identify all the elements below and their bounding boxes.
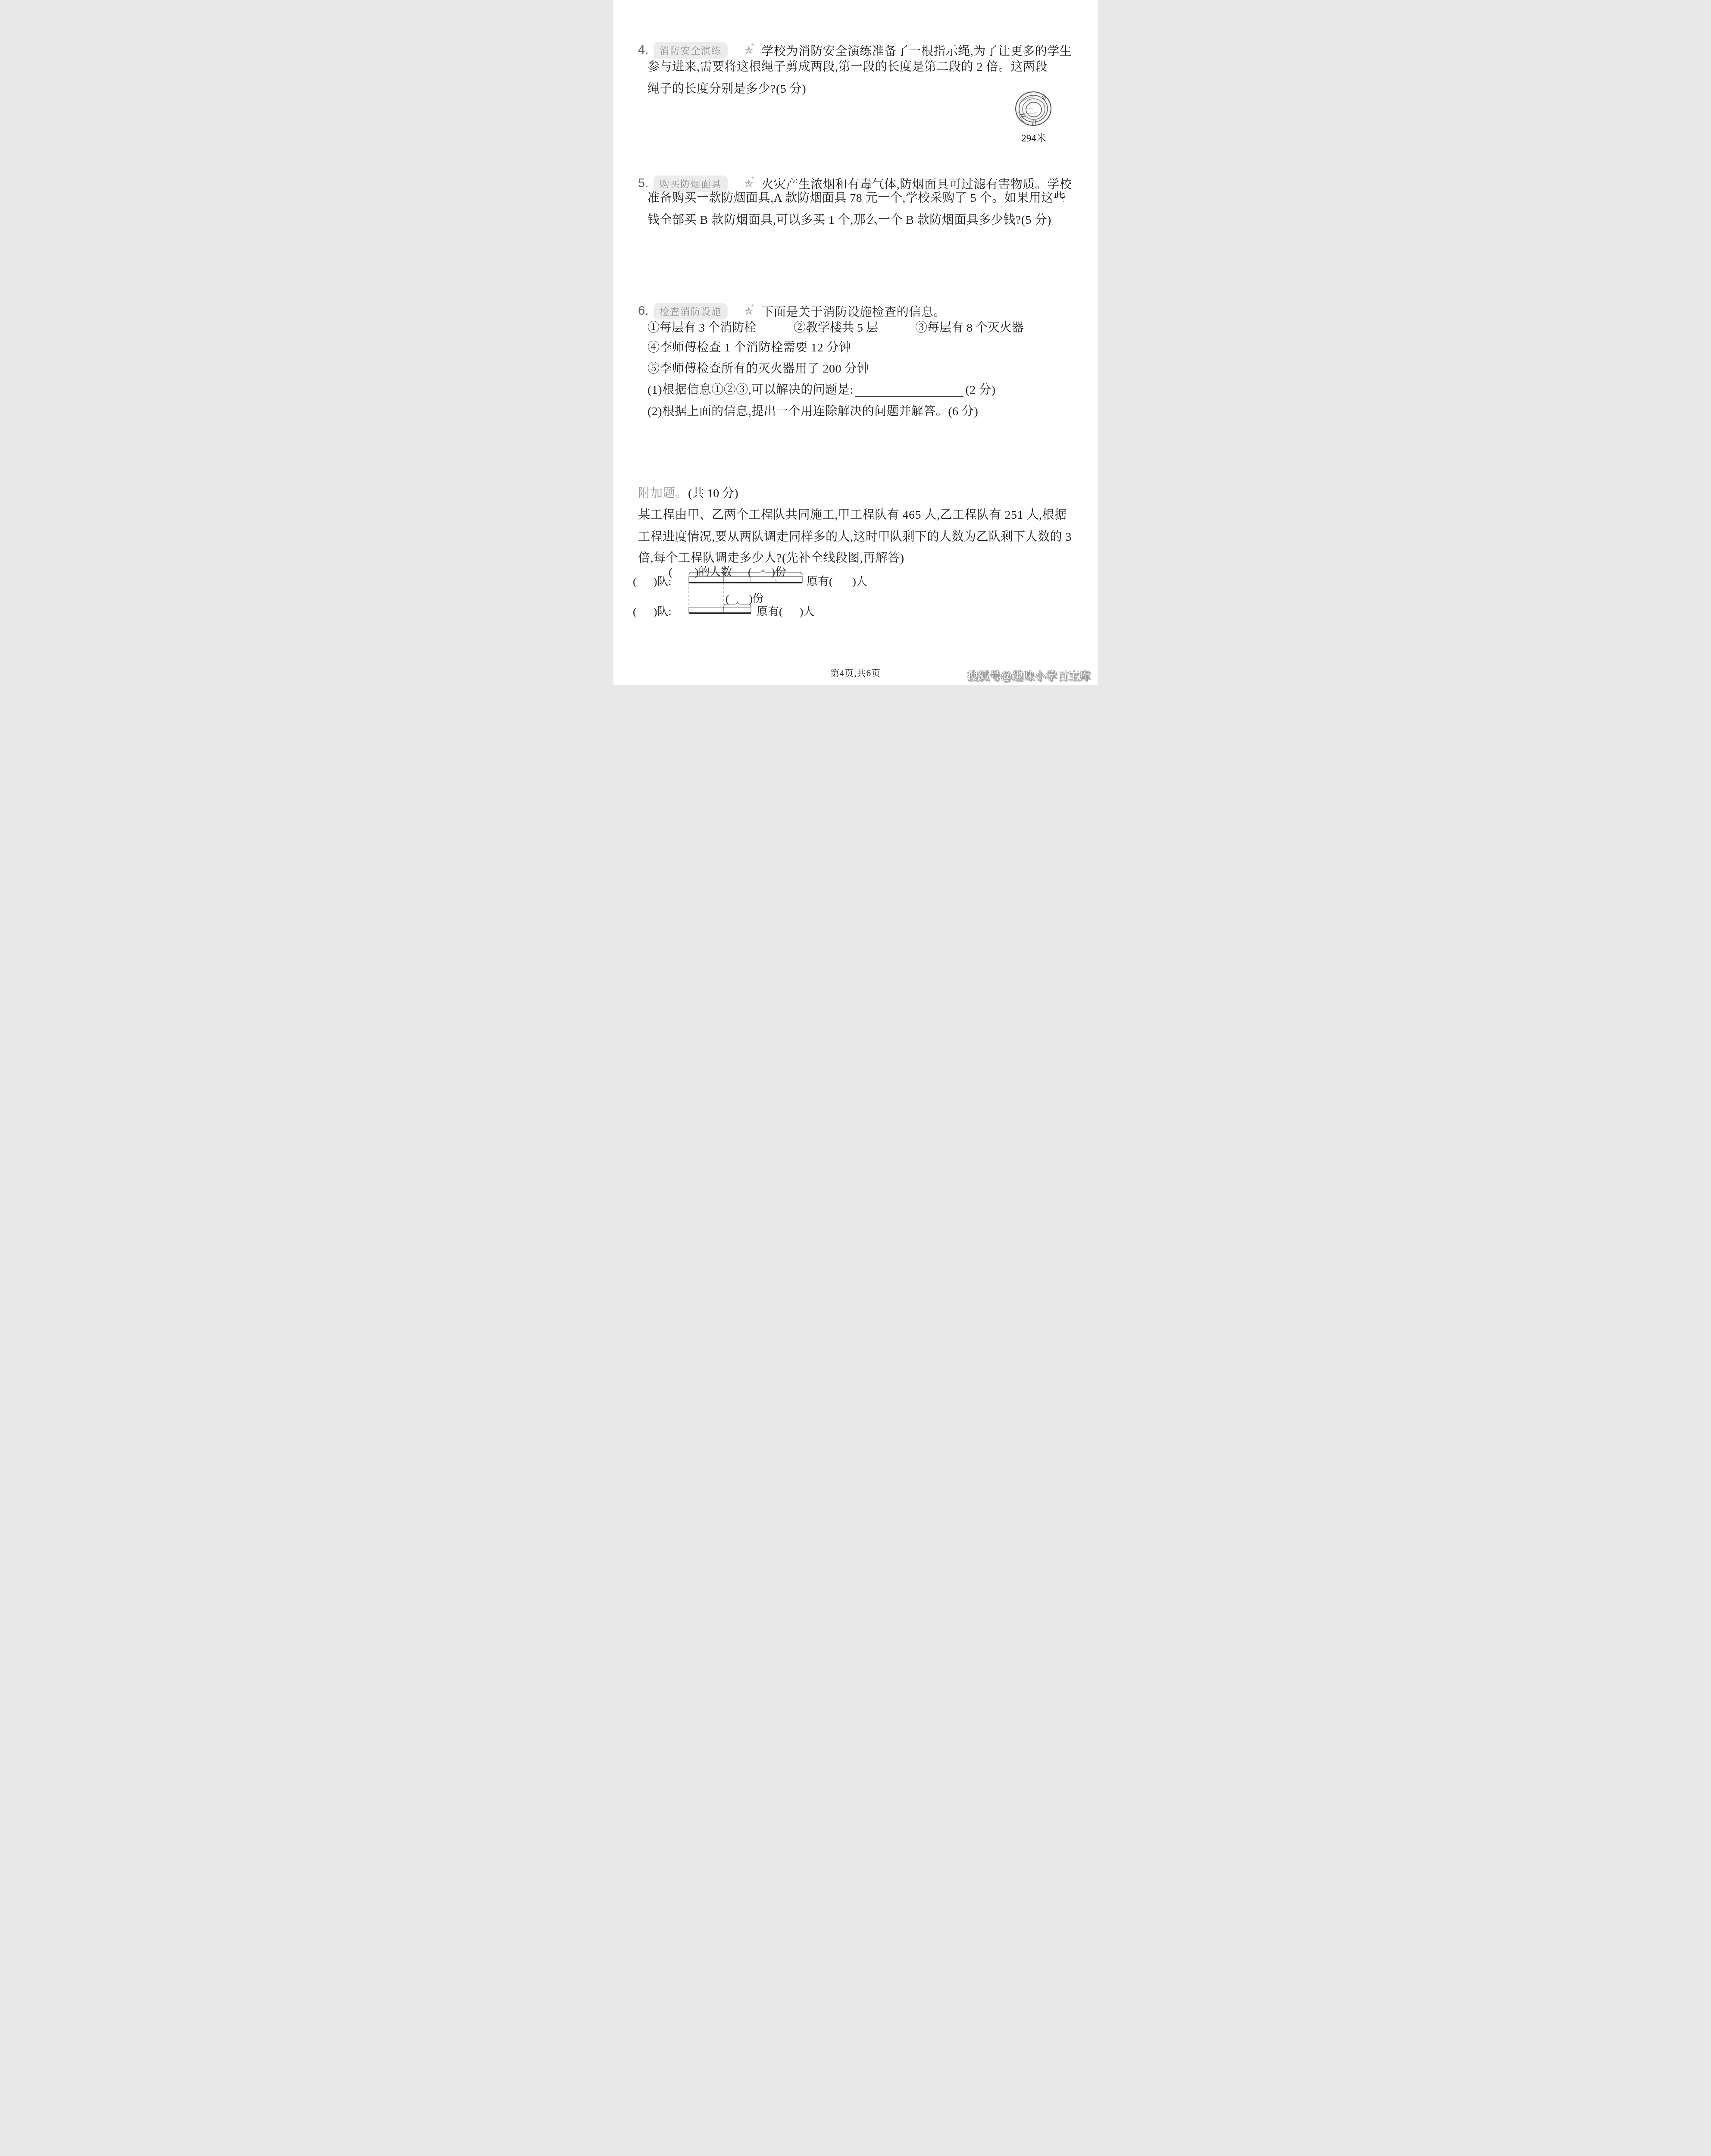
- question-5-line-3: 钱全部买 B 款防烟面具,可以多买 1 个,那么一个 B 款防烟面具多少钱?(5…: [647, 212, 1051, 229]
- diagram-top-label-shares: ( )份: [748, 563, 786, 579]
- question-6-sub-1: (1)根据信息①②③,可以解决的问题是: (2 分): [647, 382, 996, 399]
- answer-blank-line: [855, 384, 963, 397]
- question-5-number: 5.: [638, 176, 648, 191]
- question-6-sub-1-text: (1)根据信息①②③,可以解决的问题是:: [647, 382, 853, 399]
- question-5-tag: 购买防烟面具: [654, 175, 728, 192]
- question-6-number: 6.: [638, 304, 648, 318]
- diagram-top-label-people: ( )的人数: [669, 563, 732, 579]
- diagram-row2-team-label: ( )队:: [633, 603, 672, 619]
- diagram-row1-team-label: ( )队:: [633, 573, 672, 589]
- question-4-tag: 消防安全演练: [654, 42, 728, 59]
- line-segment-diagram: ( )的人数 ( )份 ( )队: 原有( )人 ( )份 ( )队: 原有( …: [613, 561, 941, 625]
- question-6-sub-2: (2)根据上面的信息,提出一个用连除解决的问题并解答。(6 分): [647, 403, 978, 420]
- question-6-info-1: ①每层有 3 个消防栓: [647, 318, 756, 335]
- test-paper-page: 4. 消防安全演练 学校为消防安全演练准备了一根指示绳,为了让更多的学生 参与进…: [613, 0, 1098, 685]
- question-6-tag: 检查消防设施: [654, 303, 728, 320]
- question-4-number: 4.: [638, 43, 648, 57]
- question-4-line-2: 参与进来,需要将这根绳子剪成两段,第一段的长度是第二段的 2 倍。这两段: [647, 59, 1048, 76]
- question-6-info-5: ⑤李师傅检查所有的灭火器用了 200 分钟: [647, 360, 870, 378]
- rope-length-label: 294米: [1010, 130, 1057, 144]
- rope-coil-image: [1013, 90, 1053, 132]
- bonus-question-score: (共 10 分): [688, 484, 738, 501]
- diagram-row2-original-label: 原有( )人: [757, 603, 814, 619]
- watermark-text: 搜狐号@趣味小学百宝库: [967, 667, 1091, 683]
- diagram-row1-original-label: 原有( )人: [807, 573, 867, 589]
- bonus-line-2: 工程进度情况,要从两队调走同样多的人,这时甲队剩下的人数为乙队剩下人数的 3: [638, 529, 1072, 546]
- question-6-intro: 下面是关于消防设施检查的信息。: [761, 303, 946, 320]
- question-6-sub-1-score: (2 分): [965, 382, 995, 399]
- question-6-info-3: ③每层有 8 个灭火器: [915, 318, 1024, 335]
- question-4-line-1: 学校为消防安全演练准备了一根指示绳,为了让更多的学生: [761, 42, 1072, 59]
- question-4-line-3: 绳子的长度分别是多少?(5 分): [647, 81, 806, 98]
- question-6-info-row: ①每层有 3 个消防栓 ②教学楼共 5 层 ③每层有 8 个灭火器: [613, 318, 1098, 335]
- question-6-info-2: ②教学楼共 5 层: [794, 318, 878, 335]
- bonus-question-title: 附加题。 (共 10 分): [638, 484, 738, 501]
- bonus-question-label: 附加题。: [638, 484, 688, 501]
- question-5-line-2: 准备购买一款防烟面具,A 款防烟面具 78 元一个,学校采购了 5 个。如果用这…: [647, 190, 1066, 207]
- question-6-info-4: ④李师傅检查 1 个消防栓需要 12 分钟: [647, 339, 851, 357]
- bonus-line-1: 某工程由甲、乙两个工程队共同施工,甲工程队有 465 人,乙工程队有 251 人…: [638, 507, 1067, 524]
